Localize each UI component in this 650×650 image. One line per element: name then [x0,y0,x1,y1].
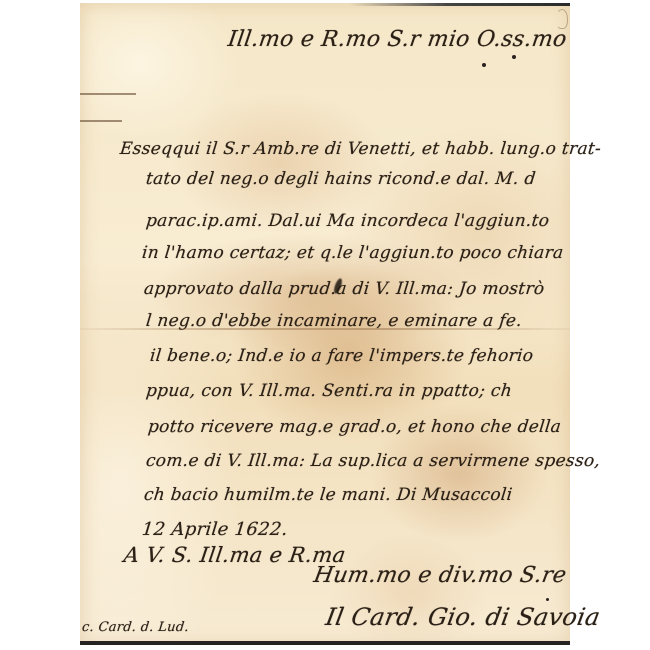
letter-date: 12 Aprile 1622. [141,519,289,540]
letter-body-line: ppua, con V. Ill.ma. Senti.ra in ppatto;… [145,381,513,401]
letter-body-line: parac.ip.ami. Dal.ui Ma incordeca l'aggi… [145,211,550,231]
letter-body-line: com.e di V. Ill.ma: La sup.lica a servir… [145,451,601,471]
letter-body-line: approvato dalla prud.a di V. Ill.ma: Jo … [143,279,546,299]
letter-body-line: in l'hamo certaz; et q.le l'aggiun.to po… [141,243,565,263]
margin-tick-mark [80,120,122,122]
page-fold-crease [80,328,570,330]
scan-canvas: Ill.mo e R.mo S.r mio O.ss.mo Esseqqui i… [0,0,650,650]
letter-body-line: Esseqqui il S.r Amb.re di Venetti, et ha… [119,139,602,159]
manuscript-page: Ill.mo e R.mo S.r mio O.ss.mo Esseqqui i… [80,3,570,645]
letter-body-line: tato del neg.o degli hains ricond.e dal.… [145,169,537,189]
margin-tick-mark [80,93,136,95]
ink-dot [546,598,549,601]
ink-dot [512,55,516,59]
page-bottom-edge [80,641,570,645]
signature-line-1: Hum.mo e div.mo S.re [312,563,569,588]
page-corner-curl [556,9,568,29]
signature-line-2: Il Card. Gio. di Savoia [324,603,603,631]
letter-salutation: Ill.mo e R.mo S.r mio O.ss.mo [226,27,568,52]
letter-body-line: potto ricevere mag.e grad.o, et hono che… [147,417,562,437]
letter-closing: A V. S. Ill.ma e R.ma [122,543,347,567]
addressee-note: c. Card. d. Lud. [81,620,189,635]
letter-body-line: il bene.o; Ind.e io a fare l'impers.te f… [149,346,534,366]
page-top-edge [80,3,570,6]
ink-dot [482,63,486,67]
letter-body-line: ch bacio humilm.te le mani. Di Musaccoli [143,485,513,505]
